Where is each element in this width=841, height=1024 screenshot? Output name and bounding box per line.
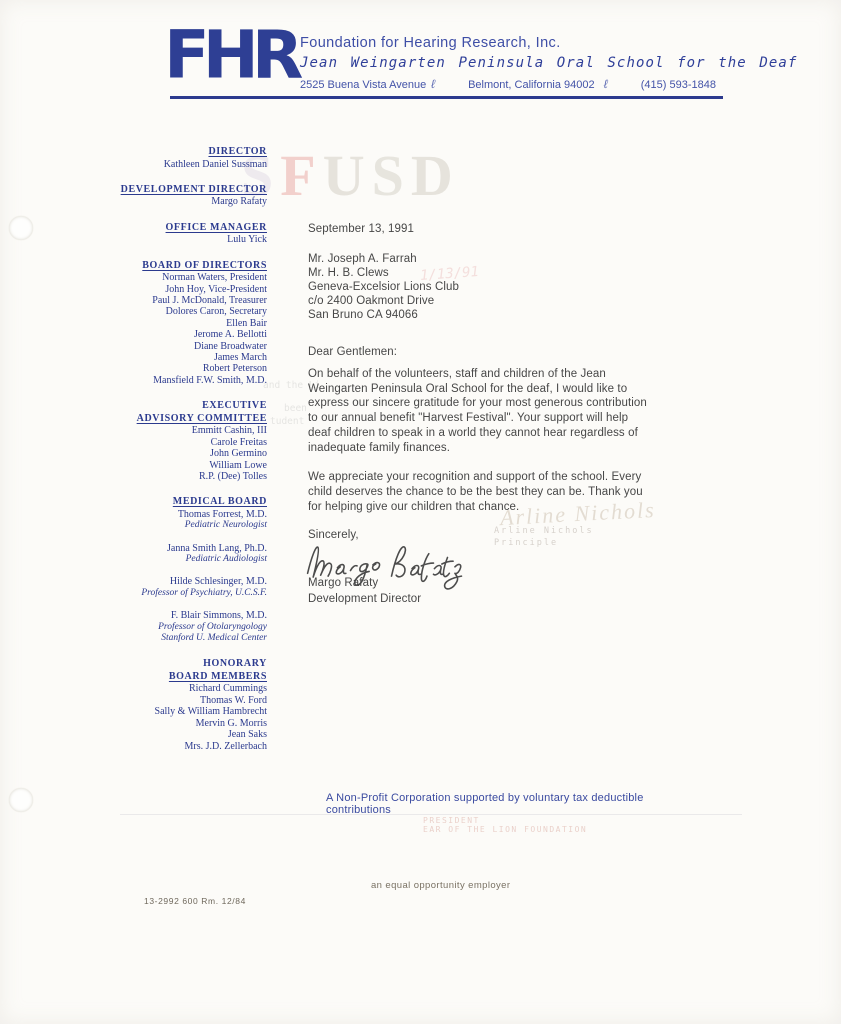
signer-title: Development Director [308, 592, 421, 606]
member-name: Thomas W. Ford [100, 695, 267, 706]
watermark-letter: D [411, 143, 460, 208]
member-role: Professor of Otolaryngology [100, 622, 267, 633]
sidebar-section: DIRECTORKathleen Daniel Sussman [100, 146, 267, 170]
sidebar-member: John Hoy, Vice-President [100, 284, 267, 295]
member-name: Mansfield F.W. Smith, M.D. [100, 375, 267, 386]
watermark-letter: S [372, 143, 411, 208]
sidebar-member: Lulu Yick [100, 234, 267, 245]
sidebar-member: Dolores Caron, Secretary [100, 306, 267, 317]
member-name: Hilde Schlesinger, M.D. [100, 576, 267, 587]
sidebar-section-title: BOARD MEMBERS [100, 671, 267, 684]
sidebar-member: Emmitt Cashin, III [100, 425, 267, 436]
recipient-address-block: Mr. Joseph A. Farrah Mr. H. B. Clews Gen… [308, 252, 732, 322]
member-name: John Hoy, Vice-President [100, 284, 267, 295]
sidebar-section-title: ADVISORY COMMITTEE [100, 413, 267, 426]
sidebar-member: Ellen Bair [100, 318, 267, 329]
hole-punch-top [9, 216, 33, 240]
member-name: Richard Cummings [100, 683, 267, 694]
sidebar-member: Robert Peterson [100, 363, 267, 374]
signer-name: Margo Rafaty [308, 576, 378, 590]
nonprofit-statement: A Non-Profit Corporation supported by vo… [326, 792, 706, 816]
member-name: Ellen Bair [100, 318, 267, 329]
sidebar-member: Jean Saks [100, 729, 267, 740]
salutation: Dear Gentlemen: [308, 345, 732, 359]
sidebar-section-title: EXECUTIVE [100, 400, 267, 413]
sidebar-member: Norman Waters, President [100, 272, 267, 283]
sidebar-member: Mrs. J.D. Zellerbach [100, 741, 267, 752]
sidebar-member: R.P. (Dee) Tolles [100, 471, 267, 482]
sidebar-member: Mansfield F.W. Smith, M.D. [100, 375, 267, 386]
member-name: Margo Rafaty [100, 196, 267, 207]
org-name: Foundation for Hearing Research, Inc. [300, 35, 730, 51]
sidebar-section-title: DIRECTOR [100, 146, 267, 159]
sidebar-section-title: MEDICAL BOARD [100, 496, 267, 509]
member-name: Sally & William Hambrecht [100, 706, 267, 717]
sidebar-section: MEDICAL BOARDThomas Forrest, M.D.Pediatr… [100, 496, 267, 644]
sidebar-member: Richard Cummings [100, 683, 267, 694]
sidebar-section-title: DEVELOPMENT DIRECTOR [100, 184, 267, 197]
member-name: Mervin G. Morris [100, 718, 267, 729]
sidebar-member: Janna Smith Lang, Ph.D.Pediatric Audiolo… [100, 543, 267, 566]
sidebar-member: Kathleen Daniel Sussman [100, 159, 267, 170]
letter-paragraph: On behalf of the volunteers, staff and c… [308, 367, 732, 455]
school-name: Jean Weingarten Peninsula Oral School fo… [300, 55, 730, 71]
typed-bleedthrough-fragment: been [284, 403, 307, 414]
address-separator-icon: ℓ [431, 77, 468, 91]
member-name: Diane Broadwater [100, 341, 267, 352]
member-name: Mrs. J.D. Zellerbach [100, 741, 267, 752]
member-role: Pediatric Audiologist [100, 554, 267, 565]
sidebar-section: BOARD OF DIRECTORSNorman Waters, Preside… [100, 260, 267, 387]
sidebar-section: EXECUTIVEADVISORY COMMITTEEEmmitt Cashin… [100, 400, 267, 482]
form-number: 13-2992 600 Rm. 12/84 [144, 896, 246, 906]
sfusd-stamp-bleedthrough: SFUSD [241, 147, 460, 205]
member-name: Janna Smith Lang, Ph.D. [100, 543, 267, 554]
sidebar-member: Sally & William Hambrecht [100, 706, 267, 717]
sidebar-member: Paul J. McDonald, Treasurer [100, 295, 267, 306]
member-name: Jean Saks [100, 729, 267, 740]
member-name: Lulu Yick [100, 234, 267, 245]
phone-number: (415) 593-1848 [641, 79, 716, 91]
member-name: Kathleen Daniel Sussman [100, 159, 267, 170]
sidebar-section: DEVELOPMENT DIRECTORMargo Rafaty [100, 184, 267, 208]
sidebar-member: Thomas W. Ford [100, 695, 267, 706]
sidebar-member: Thomas Forrest, M.D.Pediatric Neurologis… [100, 509, 267, 532]
sidebar-section-title: BOARD OF DIRECTORS [100, 260, 267, 273]
letter-date: September 13, 1991 [308, 222, 732, 236]
sidebar-member: Hilde Schlesinger, M.D.Professor of Psyc… [100, 576, 267, 599]
sidebar-member: Margo Rafaty [100, 196, 267, 207]
member-name: Carole Freitas [100, 437, 267, 448]
letter-paragraphs: On behalf of the volunteers, staff and c… [308, 367, 732, 514]
watermark-letter: U [323, 143, 372, 208]
scanned-letter-page: FHR Foundation for Hearing Research, Inc… [0, 0, 841, 1024]
member-name: Norman Waters, President [100, 272, 267, 283]
hole-punch-bottom [9, 788, 33, 812]
member-role: Professor of Psychiatry, U.C.S.F. [100, 588, 267, 599]
member-name: R.P. (Dee) Tolles [100, 471, 267, 482]
sidebar-member: Carole Freitas [100, 437, 267, 448]
fhr-logo: FHR [164, 23, 296, 89]
member-role: Stanford U. Medical Center [100, 633, 267, 644]
address-separator-icon: ℓ [604, 77, 641, 91]
sidebar-section: HONORARYBOARD MEMBERSRichard CummingsTho… [100, 658, 267, 751]
header-divider-rule [170, 96, 723, 99]
sidebar-member: Mervin G. Morris [100, 718, 267, 729]
sidebar-section-title: HONORARY [100, 658, 267, 671]
sidebar-member: Diane Broadwater [100, 341, 267, 352]
member-name: John Germino [100, 448, 267, 459]
sidebar-member: James March [100, 352, 267, 363]
sidebar-section-title: OFFICE MANAGER [100, 222, 267, 235]
sidebar-member: William Lowe [100, 460, 267, 471]
member-name: Jerome A. Bellotti [100, 329, 267, 340]
typed-bleedthrough-line: EAR OF THE LION FOUNDATION [423, 825, 587, 834]
member-name: Robert Peterson [100, 363, 267, 374]
member-name: Emmitt Cashin, III [100, 425, 267, 436]
watermark-letter: F [280, 143, 322, 208]
member-name: Dolores Caron, Secretary [100, 306, 267, 317]
typed-bleedthrough-line: PRESIDENT [423, 816, 480, 825]
letter-paragraph: We appreciate your recognition and suppo… [308, 470, 732, 514]
member-name: F. Blair Simmons, M.D. [100, 610, 267, 621]
member-name: Thomas Forrest, M.D. [100, 509, 267, 520]
member-name: Paul J. McDonald, Treasurer [100, 295, 267, 306]
street-address: 2525 Buena Vista Avenue [300, 79, 431, 91]
city-state-zip: Belmont, California 94002 [468, 79, 604, 91]
typed-bleedthrough-fragment: tudent [270, 416, 304, 427]
sidebar-member: John Germino [100, 448, 267, 459]
member-name: James March [100, 352, 267, 363]
sidebar-member: F. Blair Simmons, M.D.Professor of Otola… [100, 610, 267, 644]
letterhead-address-row: 2525 Buena Vista Avenue ℓ Belmont, Calif… [300, 77, 716, 91]
sidebar-member: Jerome A. Bellotti [100, 329, 267, 340]
letter-content: September 13, 1991 Mr. Joseph A. Farrah … [308, 222, 732, 542]
member-role: Pediatric Neurologist [100, 520, 267, 531]
sidebar-section: OFFICE MANAGERLulu Yick [100, 222, 267, 246]
letterhead: Foundation for Hearing Research, Inc. Je… [300, 35, 730, 91]
staff-roster-sidebar: DIRECTORKathleen Daniel SussmanDEVELOPME… [100, 146, 267, 766]
equal-opportunity-line: an equal opportunity employer [371, 880, 510, 891]
member-name: William Lowe [100, 460, 267, 471]
